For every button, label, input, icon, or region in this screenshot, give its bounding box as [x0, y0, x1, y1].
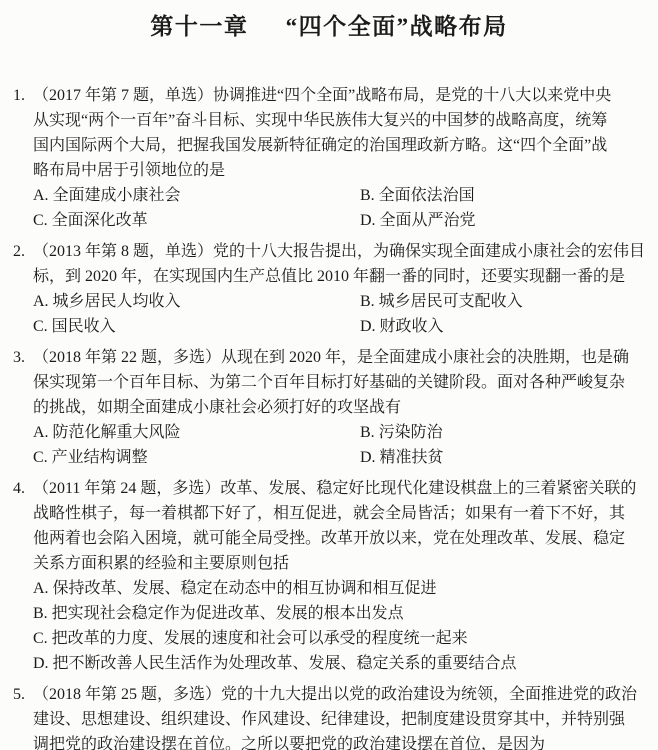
option-c: C. 国民收入	[33, 314, 360, 339]
option-a: A. 城乡居民人均收入	[33, 289, 360, 314]
stem-line: 建设、思想建设、组织建设、作风建设、纪律建设，把制度建设贯穿其中，并特别强	[33, 707, 648, 732]
option-row: C. 全面深化改革 D. 全面从严治党	[33, 208, 648, 233]
stem-line: （2013 年第 8 题，单选）党的十八大报告提出，为确保实现全面建成小康社会的…	[33, 239, 648, 264]
stem-line: 略布局中居于引领地位的是	[33, 158, 648, 183]
option-d: D. 财政收入	[360, 314, 648, 339]
question-body: （2018 年第 22 题，多选）从现在到 2020 年，是全面建成小康社会的决…	[33, 345, 648, 470]
chapter-title: 第十一章 “四个全面”战略布局	[0, 0, 658, 41]
stem-line: 从实现“两个一百年”奋斗目标、实现中华民族伟大复兴的中国梦的战略高度，统筹	[33, 108, 648, 133]
question-body: （2018 年第 25 题，多选）党的十九大提出以党的政治建设为统领，全面推进党…	[33, 682, 648, 750]
question-5: 5. （2018 年第 25 题，多选）党的十九大提出以党的政治建设为统领，全面…	[0, 682, 658, 750]
option-b: B. 污染防治	[360, 420, 648, 445]
stem-line: （2018 年第 25 题，多选）党的十九大提出以党的政治建设为统领，全面推进党…	[33, 682, 648, 707]
option-d: D. 把不断改善人民生活作为处理改革、发展、稳定关系的重要结合点	[33, 651, 648, 676]
option-a: A. 防范化解重大风险	[33, 420, 360, 445]
chapter-name: “四个全面”战略布局	[286, 14, 508, 39]
stem-line: 保实现第一个百年目标、为第二个百年目标打好基础的关键阶段。面对各种严峻复杂	[33, 370, 648, 395]
question-2: 2. （2013 年第 8 题，单选）党的十八大报告提出，为确保实现全面建成小康…	[0, 239, 658, 339]
option-a: A. 保持改革、发展、稳定在动态中的相互协调和相互促进	[33, 576, 648, 601]
stem-line: 他两着也会陷入困境，就可能全局受挫。改革开放以来，党在处理改革、发展、稳定	[33, 526, 648, 551]
question-1: 1. （2017 年第 7 题，单选）协调推进“四个全面”战略布局，是党的十八大…	[0, 83, 658, 233]
question-3: 3. （2018 年第 22 题，多选）从现在到 2020 年，是全面建成小康社…	[0, 345, 658, 470]
chapter-number: 第十一章	[150, 14, 248, 39]
question-body: （2013 年第 8 题，单选）党的十八大报告提出，为确保实现全面建成小康社会的…	[33, 239, 648, 339]
stem-line: 关系方面积累的经验和主要原则包括	[33, 551, 648, 576]
option-c: C. 产业结构调整	[33, 445, 360, 470]
option-row: C. 产业结构调整 D. 精准扶贫	[33, 445, 648, 470]
option-a: A. 全面建成小康社会	[33, 183, 360, 208]
question-number: 1.	[13, 83, 33, 233]
option-b: B. 把实现社会稳定作为促进改革、发展的根本出发点	[33, 601, 648, 626]
option-row: A. 防范化解重大风险 B. 污染防治	[33, 420, 648, 445]
question-4: 4. （2011 年第 24 题，多选）改革、发展、稳定好比现代化建设棋盘上的三…	[0, 476, 658, 676]
stem-line: 国内国际两个大局，把握我国发展新特征确定的治国理政新方略。这“四个全面”战	[33, 133, 648, 158]
question-number: 5.	[13, 682, 33, 750]
stem-line: 标，到 2020 年，在实现国内生产总值比 2010 年翻一番的同时，还要实现翻…	[33, 264, 648, 289]
stem-line: （2017 年第 7 题，单选）协调推进“四个全面”战略布局，是党的十八大以来党…	[33, 83, 648, 108]
stem-line: 的挑战，如期全面建成小康社会必须打好的攻坚战有	[33, 395, 648, 420]
question-number: 2.	[13, 239, 33, 339]
option-b: B. 城乡居民可支配收入	[360, 289, 648, 314]
question-body: （2017 年第 7 题，单选）协调推进“四个全面”战略布局，是党的十八大以来党…	[33, 83, 648, 233]
option-d: D. 全面从严治党	[360, 208, 648, 233]
question-number: 4.	[13, 476, 33, 676]
stem-line: 调把党的政治建设摆在首位。之所以要把党的政治建设摆在首位，是因为	[33, 732, 648, 750]
stem-line: 战略性棋子，每一着棋都下好了，相互促进，就会全局皆活；如果有一着下不好，其	[33, 501, 648, 526]
option-c: C. 全面深化改革	[33, 208, 360, 233]
document-page: 第十一章 “四个全面”战略布局 1. （2017 年第 7 题，单选）协调推进“…	[0, 0, 658, 750]
question-number: 3.	[13, 345, 33, 470]
question-list: 1. （2017 年第 7 题，单选）协调推进“四个全面”战略布局，是党的十八大…	[0, 83, 658, 750]
option-row: C. 国民收入 D. 财政收入	[33, 314, 648, 339]
option-b: B. 全面依法治国	[360, 183, 648, 208]
stem-line: （2018 年第 22 题，多选）从现在到 2020 年，是全面建成小康社会的决…	[33, 345, 648, 370]
option-row: A. 城乡居民人均收入 B. 城乡居民可支配收入	[33, 289, 648, 314]
option-d: D. 精准扶贫	[360, 445, 648, 470]
stem-line: （2011 年第 24 题，多选）改革、发展、稳定好比现代化建设棋盘上的三着紧密…	[33, 476, 648, 501]
option-row: A. 全面建成小康社会 B. 全面依法治国	[33, 183, 648, 208]
question-body: （2011 年第 24 题，多选）改革、发展、稳定好比现代化建设棋盘上的三着紧密…	[33, 476, 648, 676]
option-c: C. 把改革的力度、发展的速度和社会可以承受的程度统一起来	[33, 626, 648, 651]
